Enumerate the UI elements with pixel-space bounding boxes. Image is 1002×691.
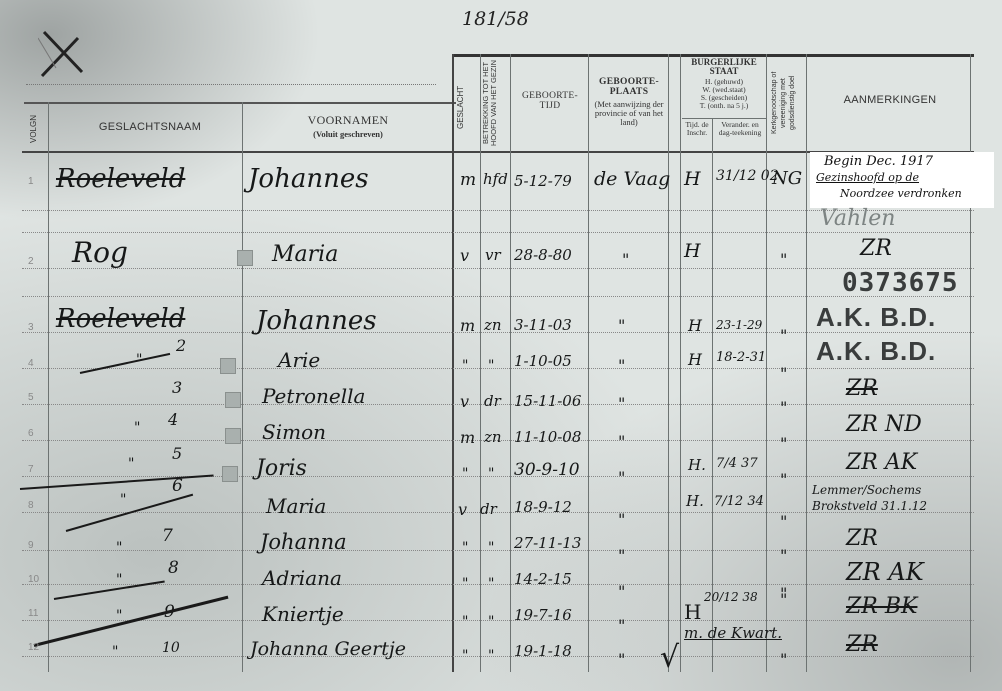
civil-status: H [688,316,702,335]
status-change: 31/12 02 [716,168,779,184]
surname-ditto: " [116,572,122,588]
col-divider [588,54,589,672]
birthplace: " [618,546,625,565]
row-number: 8 [28,500,34,511]
relation: zn [484,428,502,446]
row-number: 9 [28,540,34,551]
sex: " [462,466,468,482]
birth-date: 15-11-06 [514,392,581,410]
header-aanmerkingen: AANMERKINGEN [810,95,970,107]
checkbox-stamp [237,250,253,266]
col-divider [480,54,481,672]
sex: " [462,648,468,664]
row-line [22,368,974,369]
address-dotted-line [26,84,436,85]
strike-line [34,596,229,647]
row-number: 4 [28,358,34,369]
birth-date: 5-12-79 [514,172,572,190]
remark-note-box: Begin Dec. 1917 Gezinshoofd op de Noordz… [810,152,994,208]
birthplace: " [618,468,625,487]
sex: m [460,170,476,190]
birth-date: 18-9-12 [514,498,572,516]
first-names: Maria [272,242,338,267]
header-geslachtsnaam: GESLACHTSNAAM [60,122,240,134]
header-voornamen: VOORNAMEN [246,114,450,127]
birthplace: " [618,432,625,451]
sex: m [460,316,475,335]
church: " [780,590,787,609]
birth-date: 19-7-16 [514,606,572,624]
relation: dr [484,392,501,410]
checkmark-icon: √ [660,640,679,675]
row-number: 12 [28,642,39,653]
child-number: 6 [172,476,183,496]
relation: " [488,648,494,664]
note-line: Gezinshoofd op de [816,171,919,184]
row-line [22,296,974,297]
checkbox-stamp [225,428,241,444]
child-number: 5 [172,444,182,463]
header-verandering: Verander. en dag-teekening [714,121,766,137]
birth-date: 30-9-10 [514,460,580,480]
remark: ZR BK [846,594,917,619]
serial-number-stamp: 0373675 [842,268,959,298]
header-geboortetijd: GEBOORTE-TIJD [514,92,586,112]
col-divider [680,54,681,672]
birthplace: " [618,356,625,375]
birthplace: " [618,510,625,529]
birth-date: 3-11-03 [514,316,572,334]
birth-date: 27-11-13 [514,534,581,552]
remark: ZR [860,236,892,261]
child-number: 3 [172,378,182,397]
church: " [780,250,787,269]
status-change: 20/12 38 [704,590,758,604]
church: NG [772,168,802,189]
civil-status: H [684,240,701,262]
first-names: Johanna [260,530,347,554]
relation: " [488,358,494,374]
header-burgerlijke-staat: BURGERLIJKE STAAT [682,58,766,77]
birth-date: 1-10-05 [514,352,572,370]
sex: v [460,392,469,411]
strike-line [80,353,170,374]
row-line [22,550,974,551]
checkbox-stamp [222,466,238,482]
surname: Roeleveld [56,164,185,194]
church: " [780,470,787,489]
header-tijd-inschr: Tijd. de Inschr. [682,121,712,137]
header-geboorteplaats-sub: (Met aanwijzing der provincie of van het… [592,100,666,127]
civil-status: H [684,168,701,190]
population-register-card: 181/58 VOLGN GESLACHTSNAAM VOORNAMEN (Vo… [0,0,1002,691]
col-divider [806,54,807,672]
register-number: 181/58 [462,8,529,30]
sex: " [462,358,468,374]
col-divider [510,54,511,672]
row-line [22,268,974,269]
relation: hfd [483,170,508,188]
sex: " [462,576,468,592]
row-line [22,232,974,233]
sex: v [458,500,467,519]
remark: ZR ND [846,412,922,437]
header-geslacht: GESLACHT [457,70,475,145]
header-voornamen-sub: (Voluit geschreven) [246,130,450,139]
col-divider [452,54,454,672]
col-divider [668,54,669,672]
relation: " [488,466,494,482]
child-number: 2 [176,336,186,355]
sex: " [462,540,468,556]
row-number: 6 [28,428,34,439]
church: " [780,326,787,345]
row-number: 5 [28,392,34,403]
child-number: 10 [162,640,180,656]
row-line [22,656,974,657]
child-number: 4 [168,410,178,429]
ak-bd-stamp: A.K. B.D. [816,302,936,333]
header-staat-legend: H. (gehuwd) W. (wed.staat) S. (gescheide… [682,78,766,110]
remark: ZR [846,376,878,401]
row-number: 10 [28,574,39,585]
first-names: Arie [278,348,320,372]
surname-ditto: " [128,456,134,472]
header-kerkgenootschap: Kerkgenootschap of vereeniging met godsd… [770,58,804,148]
first-names: Joris [256,456,307,481]
row-number: 2 [28,256,34,267]
relation: dr [480,500,497,518]
row-number: 3 [28,322,34,333]
church: " [780,364,787,383]
header-betrekking: BETREKKING TOT HET HOOFD VAN HET GEZIN [482,58,508,148]
first-names: Adriana [262,566,342,590]
birthplace: de Vaag [594,168,670,190]
church: " [780,398,787,417]
surname-ditto: " [116,540,122,556]
header-geboorteplaats: GEBOORTE-PLAATS [592,78,666,98]
first-names: Kniertje [262,602,344,626]
header-rule-left [24,102,456,104]
status-change: 23-1-29 [716,318,762,332]
note-line: Noordzee verdronken [840,187,962,200]
legend-ontheven: T. (onth. na 5 j.) [682,102,766,110]
remark: ZR AK [846,450,917,475]
relation: vr [485,246,501,264]
relation: " [488,576,494,592]
relation: " [488,540,494,556]
signature: Vahlen [820,206,895,231]
civil-status: H [688,350,702,369]
marriage-note: m. de Kwart. [684,624,782,642]
row-number: 7 [28,464,34,475]
birthplace: " [618,394,625,413]
child-number: 8 [168,558,179,578]
remark: ZR [846,632,878,657]
sex: m [460,428,475,447]
birthplace: " [618,316,625,335]
row-number: 1 [28,176,34,187]
first-names: Simon [262,420,326,444]
surname: Rog [72,236,128,269]
first-names: Maria [266,494,326,518]
birthplace: " [618,616,625,635]
remark: Lemmer/Sochems Brokstveld 31.1.12 [812,482,972,514]
church: " [780,546,787,565]
birth-date: 11-10-08 [514,428,581,446]
first-names: Petronella [262,384,365,408]
first-names: Johannes [256,306,377,336]
birth-date: 19-1-18 [514,642,572,660]
col-divider [48,102,49,672]
birthplace: " [622,250,629,269]
birthplace: " [618,582,625,601]
civil-status: H. [688,456,706,474]
sex: v [460,246,469,265]
church: " [780,650,787,669]
remark: ZR AK [846,558,924,586]
col-divider [242,102,243,672]
surname-ditto: " [120,492,126,508]
remark: ZR [846,526,878,551]
civil-status: H [684,600,701,624]
checkbox-stamp [220,358,236,374]
birth-date: 14-2-15 [514,570,572,588]
cross-mark-icon [38,28,86,78]
col-divider [970,54,971,672]
church: " [780,434,787,453]
staat-sub-divider [682,118,766,119]
header-volgnr: VOLGN [30,110,44,148]
ak-bd-stamp: A.K. B.D. [816,336,936,367]
col-divider [712,118,713,672]
row-number: 11 [28,608,38,619]
birthplace: " [618,650,625,669]
sex: " [462,614,468,630]
status-change: 7/12 34 [714,494,764,509]
first-names: Johannes [248,164,369,194]
note-line: Begin Dec. 1917 [824,154,933,169]
status-change: 18-2-31 [716,350,766,365]
civil-status: H. [686,492,704,510]
church: " [780,512,787,531]
row-line [22,584,974,585]
birth-date: 28-8-80 [514,246,572,264]
child-number: 7 [162,526,173,546]
surname-ditto: " [112,644,118,660]
checkbox-stamp [225,392,241,408]
first-names: Johanna Geertje [250,638,406,660]
surname: Roeleveld [56,304,185,334]
relation: zn [484,316,502,334]
status-change: 7/4 37 [716,456,758,471]
relation: " [488,614,494,630]
surname-ditto: " [134,420,140,436]
col-divider [766,54,767,672]
